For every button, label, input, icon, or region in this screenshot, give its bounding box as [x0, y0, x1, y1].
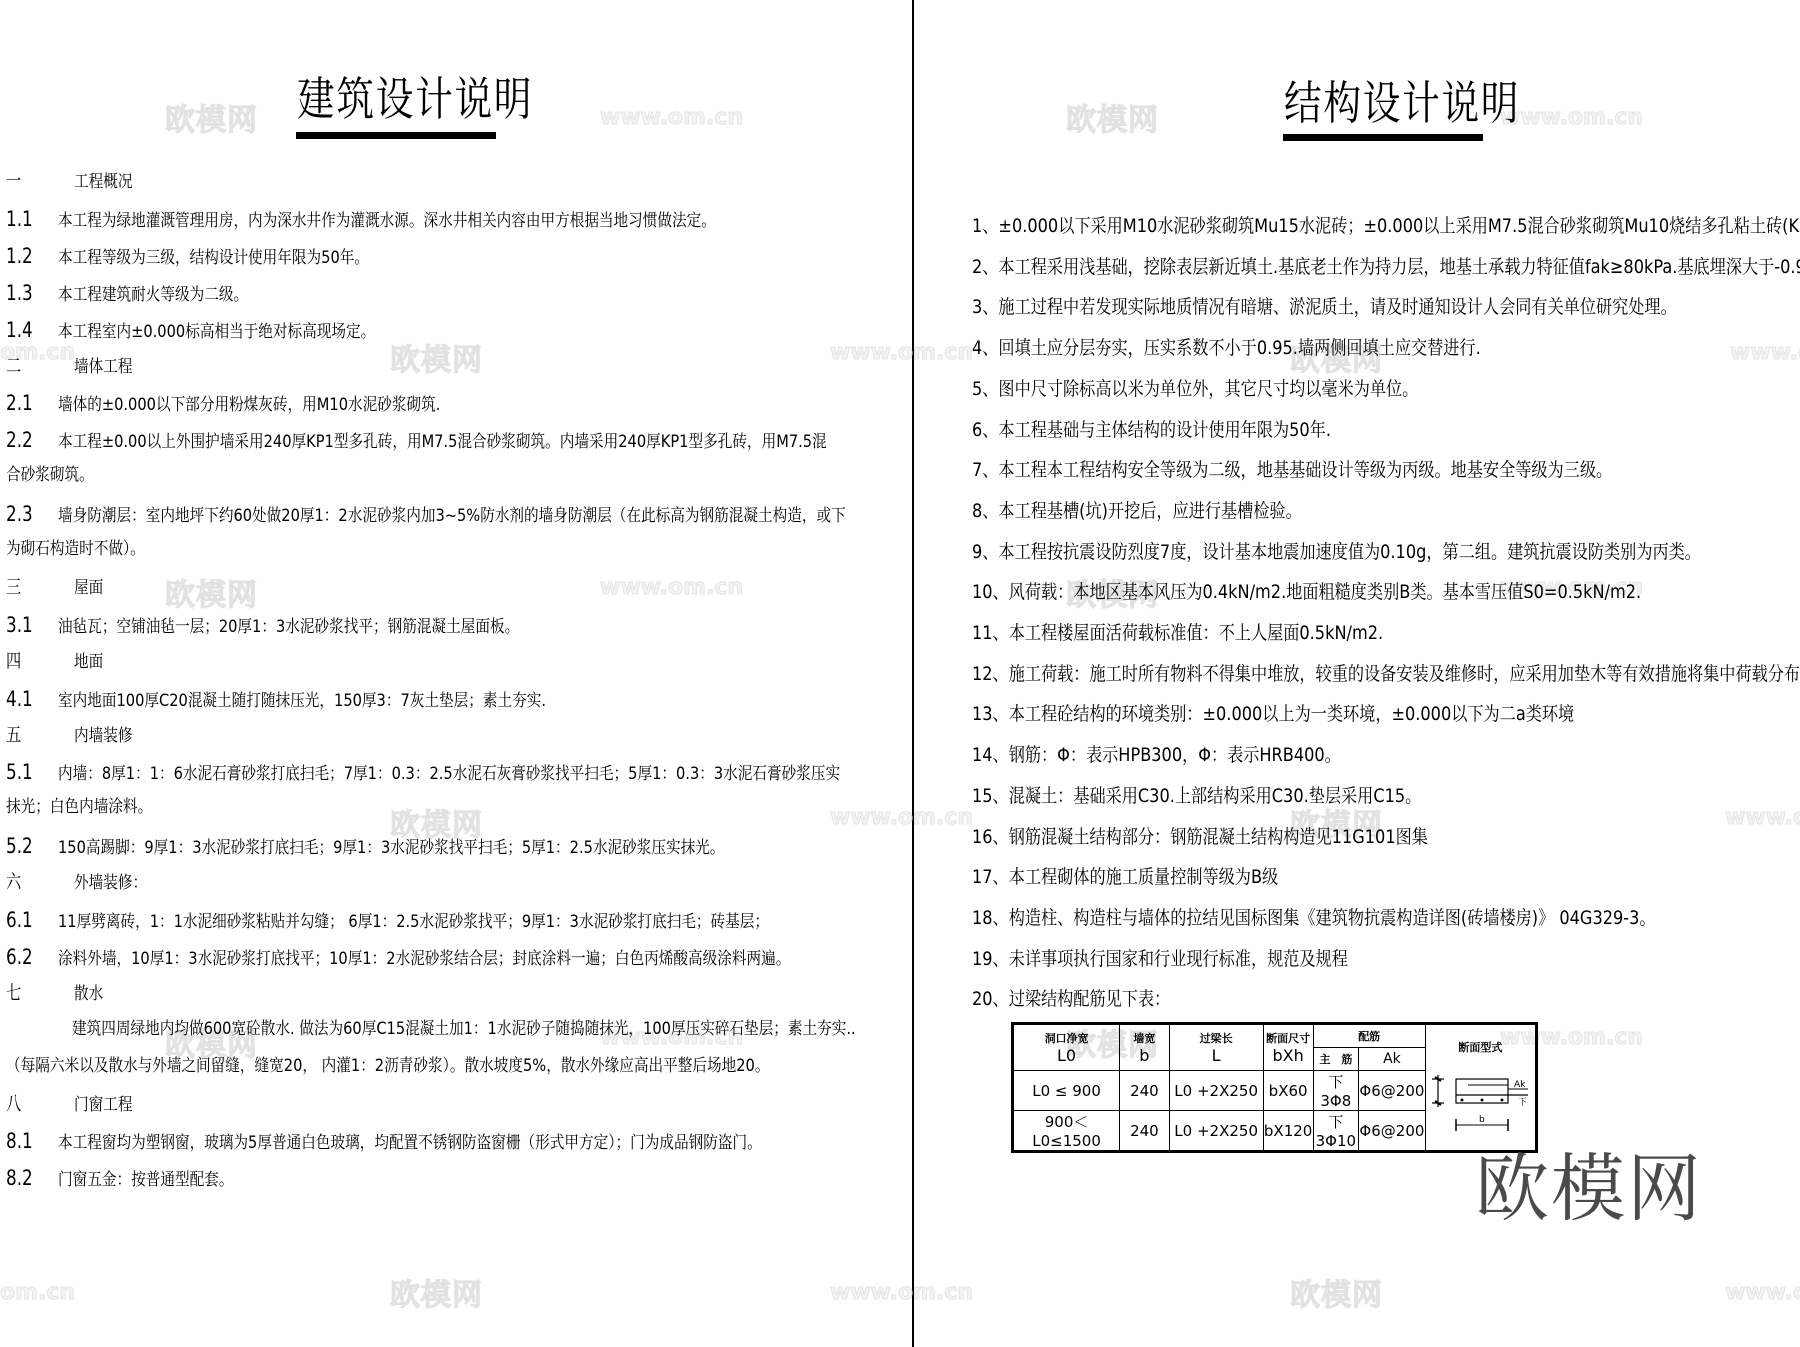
note-text: 外墙装修： — [74, 875, 147, 892]
section-heading: 八门窗工程 — [6, 1095, 142, 1114]
note-text: 8、本工程基槽(坑)开挖后，应进行基槽检验。 — [972, 502, 1302, 521]
note-item: 抹光；白色内墙涂料。 — [6, 799, 176, 816]
note-number: 1.4 — [6, 320, 48, 341]
cell-wall: 240 — [1120, 1071, 1170, 1111]
note-text: 4、回填土应分层夯实，压实系数不小于0.95.墙两侧回填土应交替进行. — [972, 339, 1481, 358]
note-text: 本工程等级为三级，结构设计使用年限为50年。 — [58, 250, 369, 267]
note-text: 屋面 — [74, 580, 103, 597]
header-section-size: 断面尺寸 bXh — [1263, 1024, 1313, 1071]
structure-note-item: 6、本工程基础与主体结构的设计使用年限为50年. — [972, 421, 1394, 440]
url-watermark-faint: www.om.cn — [1500, 105, 1643, 130]
note-number: 一 — [6, 172, 60, 191]
note-number: 8.2 — [6, 1168, 48, 1189]
structure-note-item: 5、图中尺寸除标高以米为单位外，其它尺寸均以毫米为单位。 — [972, 380, 1497, 399]
structure-note-item: 11、本工程楼屋面活荷载标准值：不上人屋面0.5kN/m2. — [972, 624, 1456, 643]
note-item: 5.1内墙：8厚1：1：6水泥石膏砂浆打底扫毛；7厚1：0.3：2.5水泥石灰膏… — [6, 762, 967, 783]
note-number: 4.1 — [6, 689, 48, 710]
brand-watermark-faint: 欧模网 — [165, 95, 258, 139]
note-text: 16、钢筋混凝土结构部分：钢筋混凝土结构构造见11G101图集 — [972, 828, 1428, 847]
note-text: 地面 — [74, 654, 103, 671]
cell-main-bar: 下3Φ10 — [1313, 1111, 1358, 1152]
note-number: 1.1 — [6, 209, 48, 230]
cell-opening: L0 ≤ 900 — [1013, 1071, 1120, 1111]
note-item: 建筑四周绿地内均做600宽砼散水. 做法为60厚C15混凝土加1：1水泥砂子随捣… — [6, 1021, 983, 1038]
note-text: 本工程建筑耐火等级为二级。 — [58, 287, 248, 304]
structure-note-item: 1、±0.000以下采用M10水泥砂浆砌筑Mu15水泥砖；±0.000以上采用M… — [972, 217, 1800, 236]
note-item: 2.1墙体的±0.000以下部分用粉煤灰砖，用M10水泥砂浆砌筑. — [6, 393, 503, 414]
note-number: 2.2 — [6, 430, 48, 451]
note-text: 6、本工程基础与主体结构的设计使用年限为50年. — [972, 421, 1331, 440]
note-text: （每隔六米以及散水与外墙之间留缝，缝宽20， 内灌1：2沥青砂浆）。散水坡度5%… — [6, 1058, 769, 1075]
url-watermark-faint: www.om.cn — [830, 340, 973, 365]
note-number: 3.1 — [6, 615, 48, 636]
note-number: 五 — [6, 726, 60, 745]
lintel-reinforcement-table: 洞口净宽 L0 墙宽 b 过梁长 L 断面尺寸 bXh 配筋 断面型式 — [1011, 1022, 1538, 1153]
note-number: 六 — [6, 873, 60, 892]
cell-section: bX60 — [1263, 1071, 1313, 1111]
note-number: 5.1 — [6, 762, 48, 783]
note-text: 18、构造柱、构造柱与墙体的拉结见国标图集《建筑物抗震构造详图(砖墙楼房)》 0… — [972, 909, 1656, 928]
svg-text:b: b — [1479, 1115, 1485, 1125]
architecture-title: 建筑设计说明 — [297, 76, 533, 122]
note-text: 油毡瓦；空铺油毡一层；20厚1：3水泥砂浆找平；钢筋混凝土屋面板。 — [58, 619, 519, 636]
section-heading: 六外墙装修： — [6, 873, 159, 892]
note-text: 门窗工程 — [74, 1097, 132, 1114]
note-text: 本工程窗均为塑钢窗，玻璃为5厚普通白色玻璃，均配置不锈钢防盗窗栅（形式甲方定）；… — [58, 1135, 762, 1152]
cell-stirrup: Φ6@200 — [1359, 1111, 1426, 1152]
note-text: 14、钢筋：Φ：表示HPB300，Φ：表示HRB400。 — [972, 746, 1341, 765]
note-item: 6.111厚劈离砖，1：1水泥细砂浆粘贴并勾缝； 6厚1：2.5水泥砂浆找平；9… — [6, 910, 885, 931]
structure-note-item: 8、本工程基槽(坑)开挖后，应进行基槽检验。 — [972, 502, 1360, 521]
note-text: 本工程室内±0.000标高相当于绝对标高现场定。 — [58, 324, 375, 341]
note-number: 八 — [6, 1095, 60, 1114]
structure-note-item: 15、混凝土：基础采用C30.上部结构采用C30.垫层采用C15。 — [972, 787, 1501, 806]
note-item: 6.2涂料外墙，10厚1：3水泥砂浆打底找平；10厚1：2水泥砂浆结合层；封底涂… — [6, 947, 910, 968]
note-text: 13、本工程砼结构的环境类别：±0.000以上为一类环境，±0.000以下为二a… — [972, 705, 1574, 724]
header-stirrup: Ak — [1359, 1048, 1426, 1071]
note-text: 2、本工程采用浅基础，挖除表层新近填土.基底老土作为持力层，地基土承载力特征值f… — [972, 258, 1800, 277]
header-main-bar: 主 筋 — [1313, 1048, 1358, 1071]
header-reinforcement: 配筋 — [1313, 1024, 1425, 1048]
section-type-cell: 断面型式 Ak 下 b — [1425, 1024, 1536, 1152]
note-text: 内墙装修 — [74, 728, 132, 745]
note-text: 1、±0.000以下采用M10水泥砂浆砌筑Mu15水泥砖；±0.000以上采用M… — [972, 217, 1800, 236]
note-item: 为砌石构造时不做）。 — [6, 541, 168, 558]
note-text: 墙体的±0.000以下部分用粉煤灰砖，用M10水泥砂浆砌筑. — [58, 397, 440, 414]
url-watermark-faint: www.om.cn — [600, 105, 743, 130]
note-text: 抹光；白色内墙涂料。 — [6, 799, 152, 816]
note-item: 合砂浆砌筑。 — [6, 467, 108, 484]
note-text: 17、本工程砌体的施工质量控制等级为B级 — [972, 868, 1278, 887]
note-text: 5、图中尺寸除标高以米为单位外，其它尺寸均以毫米为单位。 — [972, 380, 1418, 399]
note-item: 3.1油毡瓦；空铺油毡一层；20厚1：3水泥砂浆找平；钢筋混凝土屋面板。 — [6, 615, 594, 636]
svg-text:Ak: Ak — [1514, 1080, 1526, 1090]
note-number: 2.3 — [6, 504, 48, 525]
note-number: 6.1 — [6, 910, 48, 931]
structure-note-item: 9、本工程按抗震设防烈度7度，设计基本地震加速度值为0.10g，第二组。建筑抗震… — [972, 543, 1800, 562]
structure-note-item: 16、钢筋混凝土结构部分：钢筋混凝土结构构造见11G101图集 — [972, 828, 1508, 847]
structure-note-item: 17、本工程砌体的施工质量控制等级为B级 — [972, 868, 1332, 887]
note-text: 11厚劈离砖，1：1水泥细砂浆粘贴并勾缝； 6厚1：2.5水泥砂浆找平；9厚1：… — [58, 914, 769, 931]
note-item: 1.3本工程建筑耐火等级为二级。 — [6, 283, 279, 304]
note-text: 10、风荷载：本地区基本风压为0.4kN/m2.地面粗糙度类别B类。基本雪压值S… — [972, 583, 1641, 602]
note-text: 150高踢脚：9厚1：3水泥砂浆打底扫毛；9厚1：3水泥砂浆找平扫毛；5厚1：2… — [58, 840, 725, 857]
note-number: 1.2 — [6, 246, 48, 267]
url-watermark-faint: om.cn — [0, 1280, 75, 1305]
note-item: 8.1本工程窗均为塑钢窗，玻璃为5厚普通白色玻璃，均配置不锈钢防盗窗栅（形式甲方… — [6, 1131, 876, 1152]
brand-watermark-faint: 欧模网 — [390, 1270, 483, 1314]
cell-stirrup: Φ6@200 — [1359, 1071, 1426, 1111]
note-number: 七 — [6, 984, 60, 1003]
header-opening-width: 洞口净宽 L0 — [1013, 1024, 1120, 1071]
note-number: 5.2 — [6, 836, 48, 857]
url-watermark-faint: www.om.cn — [830, 1280, 973, 1305]
url-watermark-faint: www.om.cn — [1730, 340, 1800, 365]
section-heading: 四地面 — [6, 652, 108, 671]
brand-watermark-faint: 欧模网 — [1290, 1270, 1383, 1314]
note-text: 本工程为绿地灌溉管理用房，内为深水井作为灌溉水源。深水井相关内容由甲方根据当地习… — [58, 213, 716, 230]
structure-note-item: 2、本工程采用浅基础，挖除表层新近填土.基底老土作为持力层，地基土承载力特征值f… — [972, 258, 1800, 277]
cell-length: L0 +2X250 — [1169, 1071, 1263, 1111]
section-heading: 七散水 — [6, 984, 108, 1003]
note-text: 9、本工程按抗震设防烈度7度，设计基本地震加速度值为0.10g，第二组。建筑抗震… — [972, 543, 1701, 562]
brand-watermark-faint: 欧模网 — [390, 335, 483, 379]
note-item: 1.1本工程为绿地灌溉管理用房，内为深水井作为灌溉水源。深水井相关内容由甲方根据… — [6, 209, 823, 230]
cell-wall: 240 — [1120, 1111, 1170, 1152]
note-number: 2.1 — [6, 393, 48, 414]
note-item: 1.2本工程等级为三级，结构设计使用年限为50年。 — [6, 246, 420, 267]
note-text: 12、施工荷载：施工时所有物料不得集中堆放，较重的设备安装及维修时，应采用加垫木… — [972, 665, 1800, 684]
note-text: 15、混凝土：基础采用C30.上部结构采用C30.垫层采用C15。 — [972, 787, 1421, 806]
header-wall-width: 墙宽 b — [1120, 1024, 1170, 1071]
architecture-title-underline — [296, 132, 496, 139]
structure-title-underline — [1283, 134, 1483, 141]
note-item: 8.2门窗五金：按普通型配套。 — [6, 1168, 262, 1189]
url-watermark-faint: www.om.cn — [600, 575, 743, 600]
lintel-section-diagram-icon: Ak 下 b — [1428, 1069, 1532, 1141]
structure-note-item: 13、本工程砼结构的环境类别：±0.000以上为一类环境，±0.000以下为二a… — [972, 705, 1680, 724]
structure-note-item: 4、回填土应分层夯实，压实系数不小于0.95.墙两侧回填土应交替进行. — [972, 339, 1570, 358]
note-number: 二 — [6, 357, 60, 376]
note-text: 7、本工程本工程结构安全等级为二级，地基基础设计等级为丙级。地基安全等级为三级。 — [972, 461, 1612, 480]
structure-note-item: 3、施工过程中若发现实际地质情况有暗塘、淤泥质土，请及时通知设计人会同有关单位研… — [972, 298, 1800, 317]
note-text: 为砌石构造时不做）。 — [6, 541, 145, 558]
cell-section: bX120 — [1263, 1111, 1313, 1152]
note-item: （每隔六米以及散水与外墙之间留缝，缝宽20， 内灌1：2沥青砂浆）。散水坡度5%… — [6, 1058, 894, 1075]
structure-note-item: 7、本工程本工程结构安全等级为二级，地基基础设计等级为丙级。地基安全等级为三级。 — [972, 461, 1725, 480]
note-item: 5.2150高踢脚：9厚1：3水泥砂浆打底扫毛；9厚1：3水泥砂浆找平扫毛；5厚… — [6, 836, 833, 857]
note-text: 19、未详事项执行国家和行业现行标准，规范及规程 — [972, 950, 1348, 969]
note-number: 四 — [6, 652, 60, 671]
note-text: 室内地面100厚C20混凝土随打随抹压光，150厚3：7灰土垫层；素土夯实. — [58, 693, 546, 710]
note-number: 6.2 — [6, 947, 48, 968]
note-text: 20、过梁结构配筋见下表： — [972, 990, 1170, 1009]
brand-watermark-faint: 欧模网 — [165, 570, 258, 614]
section-heading: 三屋面 — [6, 578, 108, 597]
section-heading: 五内墙装修 — [6, 726, 142, 745]
note-item: 4.1室内地面100厚C20混凝土随打随抹压光，150厚3：7灰土垫层；素土夯实… — [6, 689, 625, 710]
structure-title: 结构设计说明 — [1284, 80, 1520, 126]
url-watermark-faint: www.om.cn — [1725, 1280, 1800, 1305]
note-text: 散水 — [74, 986, 103, 1003]
brand-watermark: 欧模网 — [1475, 1152, 1703, 1226]
brand-watermark-faint: 欧模网 — [1066, 95, 1159, 139]
section-heading: 二墙体工程 — [6, 357, 142, 376]
structure-note-item: 12、施工荷载：施工时所有物料不得集中堆放，较重的设备安装及维修时，应采用加垫木… — [972, 665, 1800, 684]
note-text: 3、施工过程中若发现实际地质情况有暗塘、淤泥质土，请及时通知设计人会同有关单位研… — [972, 298, 1677, 317]
note-text: 内墙：8厚1：1：6水泥石膏砂浆打底扫毛；7厚1：0.3：2.5水泥石灰膏砂浆找… — [58, 766, 840, 783]
note-text: 本工程±0.00以上外围护墙采用240厚KP1型多孔砖，用M7.5混合砂浆砌筑。… — [58, 434, 827, 451]
structure-note-item: 20、过梁结构配筋见下表： — [972, 990, 1205, 1009]
structure-note-item: 18、构造柱、构造柱与墙体的拉结见国标图集《建筑物抗震构造详图(砖墙楼房)》 0… — [972, 909, 1776, 928]
note-text: 11、本工程楼屋面活荷载标准值：不上人屋面0.5kN/m2. — [972, 624, 1383, 643]
note-item: 2.3墙身防潮层：室内地坪下约60处做20厚1：2水泥砂浆内加3~5%防水剂的墙… — [6, 504, 974, 525]
note-item: 1.4本工程室内±0.000标高相当于绝对标高现场定。 — [6, 320, 427, 341]
header-lintel-length: 过梁长 L — [1169, 1024, 1263, 1071]
note-number: 三 — [6, 578, 60, 597]
svg-text:下: 下 — [1518, 1097, 1527, 1108]
note-text: 墙体工程 — [74, 359, 132, 376]
page-divider — [912, 0, 914, 1347]
note-text: 墙身防潮层：室内地坪下约60处做20厚1：2水泥砂浆内加3~5%防水剂的墙身防潮… — [58, 508, 846, 525]
note-text: 建筑四周绿地内均做600宽砼散水. 做法为60厚C15混凝土加1：1水泥砂子随捣… — [72, 1021, 856, 1038]
cell-main-bar: 下3Φ8 — [1313, 1071, 1358, 1111]
cell-opening: 900＜L0≤1500 — [1013, 1111, 1120, 1152]
section-heading: 一工程概况 — [6, 172, 142, 191]
structure-note-item: 19、未详事项执行国家和行业现行标准，规范及规程 — [972, 950, 1414, 969]
note-text: 工程概况 — [74, 174, 132, 191]
note-text: 门窗五金：按普通型配套。 — [58, 1172, 233, 1189]
url-watermark-faint: www.om.cn — [1725, 805, 1800, 830]
structure-note-item: 14、钢筋：Φ：表示HPB300，Φ：表示HRB400。 — [972, 746, 1406, 765]
note-item: 2.2本工程±0.00以上外围护墙采用240厚KP1型多孔砖，用M7.5混合砂浆… — [6, 430, 952, 451]
note-text: 涂料外墙，10厚1：3水泥砂浆打底找平；10厚1：2水泥砂浆结合层；封底涂料一遍… — [58, 951, 790, 968]
url-watermark-faint: www.om.cn — [830, 805, 973, 830]
note-text: 合砂浆砌筑。 — [6, 467, 94, 484]
structure-note-item: 10、风荷载：本地区基本风压为0.4kN/m2.地面粗糙度类别B类。基本雪压值S… — [972, 583, 1759, 602]
cell-length: L0 +2X250 — [1169, 1111, 1263, 1152]
note-number: 1.3 — [6, 283, 48, 304]
note-number: 8.1 — [6, 1131, 48, 1152]
